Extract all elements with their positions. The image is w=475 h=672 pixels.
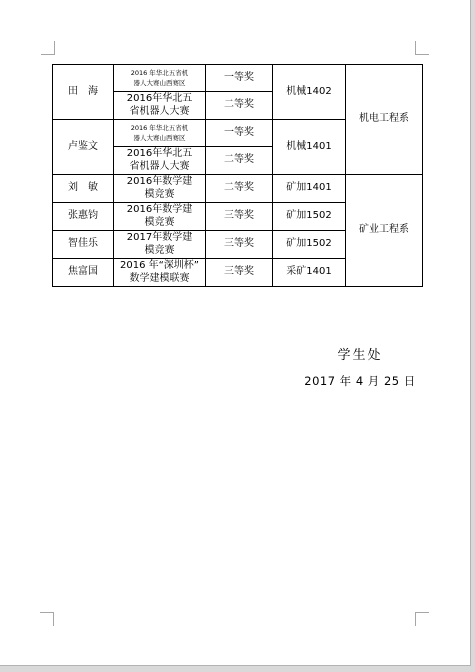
award-cell: 二等奖 (206, 92, 273, 120)
competition-cell: 2016 年华北五省机 器人大赛山西赛区 (114, 120, 206, 147)
competition-cell: 2017年数学建 模竞赛 (114, 231, 206, 259)
competition-cell: 2016年华北五 省机器人大赛 (114, 92, 206, 120)
awards-table: 田 海 2016 年华北五省机 器人大赛山西赛区 一等奖 机械1402 机电工程… (52, 64, 423, 287)
award-cell: 一等奖 (206, 120, 273, 147)
award-cell: 三等奖 (206, 231, 273, 259)
document-page: 田 海 2016 年华北五省机 器人大赛山西赛区 一等奖 机械1402 机电工程… (0, 0, 471, 666)
student-name-cell: 刘 敏 (53, 175, 114, 203)
margin-mark-bottom-left (40, 612, 54, 626)
award-cell: 二等奖 (206, 147, 273, 175)
table-row: 刘 敏 2016年数学建 模竞赛 二等奖 矿加1401 矿业工程系 (53, 175, 423, 203)
table-row: 田 海 2016 年华北五省机 器人大赛山西赛区 一等奖 机械1402 机电工程… (53, 65, 423, 92)
student-name-cell: 田 海 (53, 65, 114, 120)
student-name-cell: 智佳乐 (53, 231, 114, 259)
award-cell: 三等奖 (206, 203, 273, 231)
signature-block: 学生处 2017 年 4 月 25 日 (280, 344, 440, 389)
competition-cell: 2016年华北五 省机器人大赛 (114, 147, 206, 175)
margin-mark-bottom-right (415, 612, 429, 626)
class-cell: 矿加1502 (273, 231, 346, 259)
competition-cell: 2016年数学建 模竞赛 (114, 203, 206, 231)
competition-cell: 2016 年华北五省机 器人大赛山西赛区 (114, 65, 206, 92)
class-cell: 矿加1502 (273, 203, 346, 231)
class-cell: 采矿1401 (273, 259, 346, 287)
competition-cell: 2016年数学建 模竞赛 (114, 175, 206, 203)
award-cell: 一等奖 (206, 65, 273, 92)
award-cell: 三等奖 (206, 259, 273, 287)
competition-cell: 2016 年“深圳杯” 数学建模联赛 (114, 259, 206, 287)
class-cell: 机械1402 (273, 65, 346, 120)
margin-mark-top-left (41, 41, 55, 55)
student-name-cell: 焦富国 (53, 259, 114, 287)
signature-date: 2017 年 4 月 25 日 (280, 373, 440, 389)
award-cell: 二等奖 (206, 175, 273, 203)
margin-mark-top-right (415, 41, 429, 55)
student-name-cell: 卢鉴文 (53, 120, 114, 175)
department-cell: 机电工程系 (346, 65, 423, 175)
signature-office: 学生处 (280, 344, 440, 363)
class-cell: 机械1401 (273, 120, 346, 175)
class-cell: 矿加1401 (273, 175, 346, 203)
department-cell: 矿业工程系 (346, 175, 423, 287)
student-name-cell: 张惠钧 (53, 203, 114, 231)
